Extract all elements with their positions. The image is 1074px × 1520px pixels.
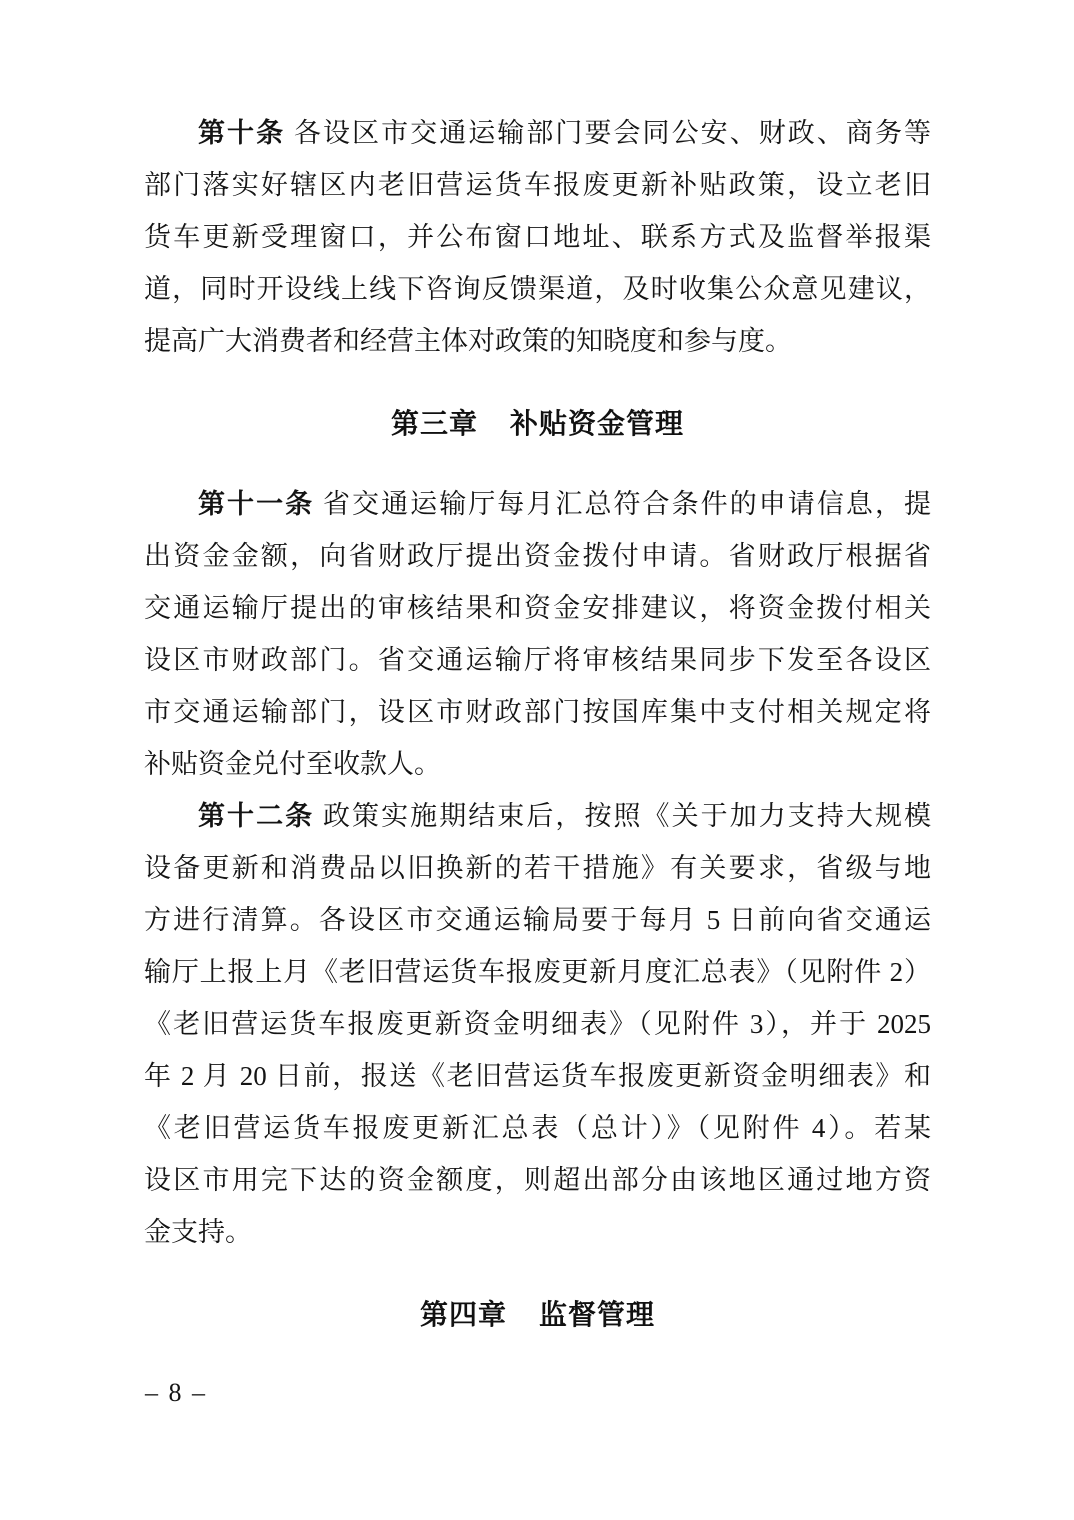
line-text: 《老旧营运货车报废更新资金明细表》（见附件 3），并于 2025 [144,1009,931,1039]
article-number: 第十条 [198,118,285,148]
article-12: 第十二条 政策实施期结束后，按照《关于加力支持大规模设备更新和消费品以旧换新的若… [144,790,931,1258]
text-line: 部门落实好辖区内老旧营运货车报废更新补贴政策，设立老旧 [144,159,931,211]
chapter-title: 补贴资金管理 [510,408,684,439]
text-line: 金支持。 [144,1206,931,1258]
document-body: 第十条 各设区市交通运输部门要会同公安、财政、商务等部门落实好辖区内老旧营运货车… [144,107,931,1369]
line-text: 交通运输厅提出的审核结果和资金安排建议，将资金拨付相关 [144,593,931,623]
line-text: 输厅上报上月《老旧营运货车报废更新月度汇总表》（见附件 2） [144,957,931,987]
text-line: 设区市财政部门。省交通运输厅将审核结果同步下发至各设区 [144,634,931,686]
chapter-title: 监督管理 [539,1299,655,1330]
line-text: 方进行清算。各设区市交通运输局要于每月 5 日前向省交通运 [144,905,931,935]
line-text: 货车更新受理窗口，并公布窗口地址、联系方式及监督举报渠 [144,222,931,252]
page-number: – 8 – [145,1378,207,1408]
text-line: 货车更新受理窗口，并公布窗口地址、联系方式及监督举报渠 [144,211,931,263]
chapter-number: 第三章 [391,408,478,439]
line-text: 出资金金额，向省财政厅提出资金拨付申请。省财政厅根据省 [144,541,931,571]
text-line: 《老旧营运货车报废更新汇总表（总计）》（见附件 4）。若某 [144,1102,931,1154]
line-text: 政策实施期结束后，按照《关于加力支持大规模 [314,801,931,831]
line-text: 年 2 月 20 日前，报送《老旧营运货车报废更新资金明细表》和 [144,1061,931,1091]
article-number: 第十二条 [198,801,314,831]
text-line: 输厅上报上月《老旧营运货车报废更新月度汇总表》（见附件 2） [144,946,931,998]
text-line: 设区市用完下达的资金额度，则超出部分由该地区通过地方资 [144,1154,931,1206]
chapter-4-heading: 第四章监督管理 [144,1289,931,1341]
line-text: 道，同时开设线上线下咨询反馈渠道，及时收集公众意见建议， [144,274,931,304]
document-page: 第十条 各设区市交通运输部门要会同公安、财政、商务等部门落实好辖区内老旧营运货车… [0,0,1074,1520]
article-number: 第十一条 [198,489,314,519]
line-text: 省交通运输厅每月汇总符合条件的申请信息，提 [314,489,931,519]
text-line: 《老旧营运货车报废更新资金明细表》（见附件 3），并于 2025 [144,998,931,1050]
text-line: 出资金金额，向省财政厅提出资金拨付申请。省财政厅根据省 [144,530,931,582]
line-text: 设区市用完下达的资金额度，则超出部分由该地区通过地方资 [144,1165,931,1195]
text-line: 道，同时开设线上线下咨询反馈渠道，及时收集公众意见建议， [144,263,931,315]
line-text: 提高广大消费者和经营主体对政策的知晓度和参与度。 [144,326,792,356]
text-line: 补贴资金兑付至收款人。 [144,738,931,790]
line-text: 补贴资金兑付至收款人。 [144,749,441,779]
text-line: 第十条 各设区市交通运输部门要会同公安、财政、商务等 [144,107,931,159]
line-text: 部门落实好辖区内老旧营运货车报废更新补贴政策，设立老旧 [144,170,931,200]
line-text: 金支持。 [144,1217,252,1247]
text-line: 第十二条 政策实施期结束后，按照《关于加力支持大规模 [144,790,931,842]
text-line: 交通运输厅提出的审核结果和资金安排建议，将资金拨付相关 [144,582,931,634]
text-line: 方进行清算。各设区市交通运输局要于每月 5 日前向省交通运 [144,894,931,946]
text-line: 第十一条 省交通运输厅每月汇总符合条件的申请信息，提 [144,478,931,530]
line-text: 设区市财政部门。省交通运输厅将审核结果同步下发至各设区 [144,645,931,675]
text-line: 提高广大消费者和经营主体对政策的知晓度和参与度。 [144,315,931,367]
chapter-3-heading: 第三章补贴资金管理 [144,398,931,450]
line-text: 《老旧营运货车报废更新汇总表（总计）》（见附件 4）。若某 [144,1113,931,1143]
text-line: 市交通运输部门，设区市财政部门按国库集中支付相关规定将 [144,686,931,738]
line-text: 各设区市交通运输部门要会同公安、财政、商务等 [285,118,931,148]
chapter-number: 第四章 [420,1299,507,1330]
text-line: 年 2 月 20 日前，报送《老旧营运货车报废更新资金明细表》和 [144,1050,931,1102]
article-10: 第十条 各设区市交通运输部门要会同公安、财政、商务等部门落实好辖区内老旧营运货车… [144,107,931,367]
text-line: 设备更新和消费品以旧换新的若干措施》有关要求，省级与地 [144,842,931,894]
article-11: 第十一条 省交通运输厅每月汇总符合条件的申请信息，提出资金金额，向省财政厅提出资… [144,478,931,790]
line-text: 设备更新和消费品以旧换新的若干措施》有关要求，省级与地 [144,853,931,883]
line-text: 市交通运输部门，设区市财政部门按国库集中支付相关规定将 [144,697,931,727]
